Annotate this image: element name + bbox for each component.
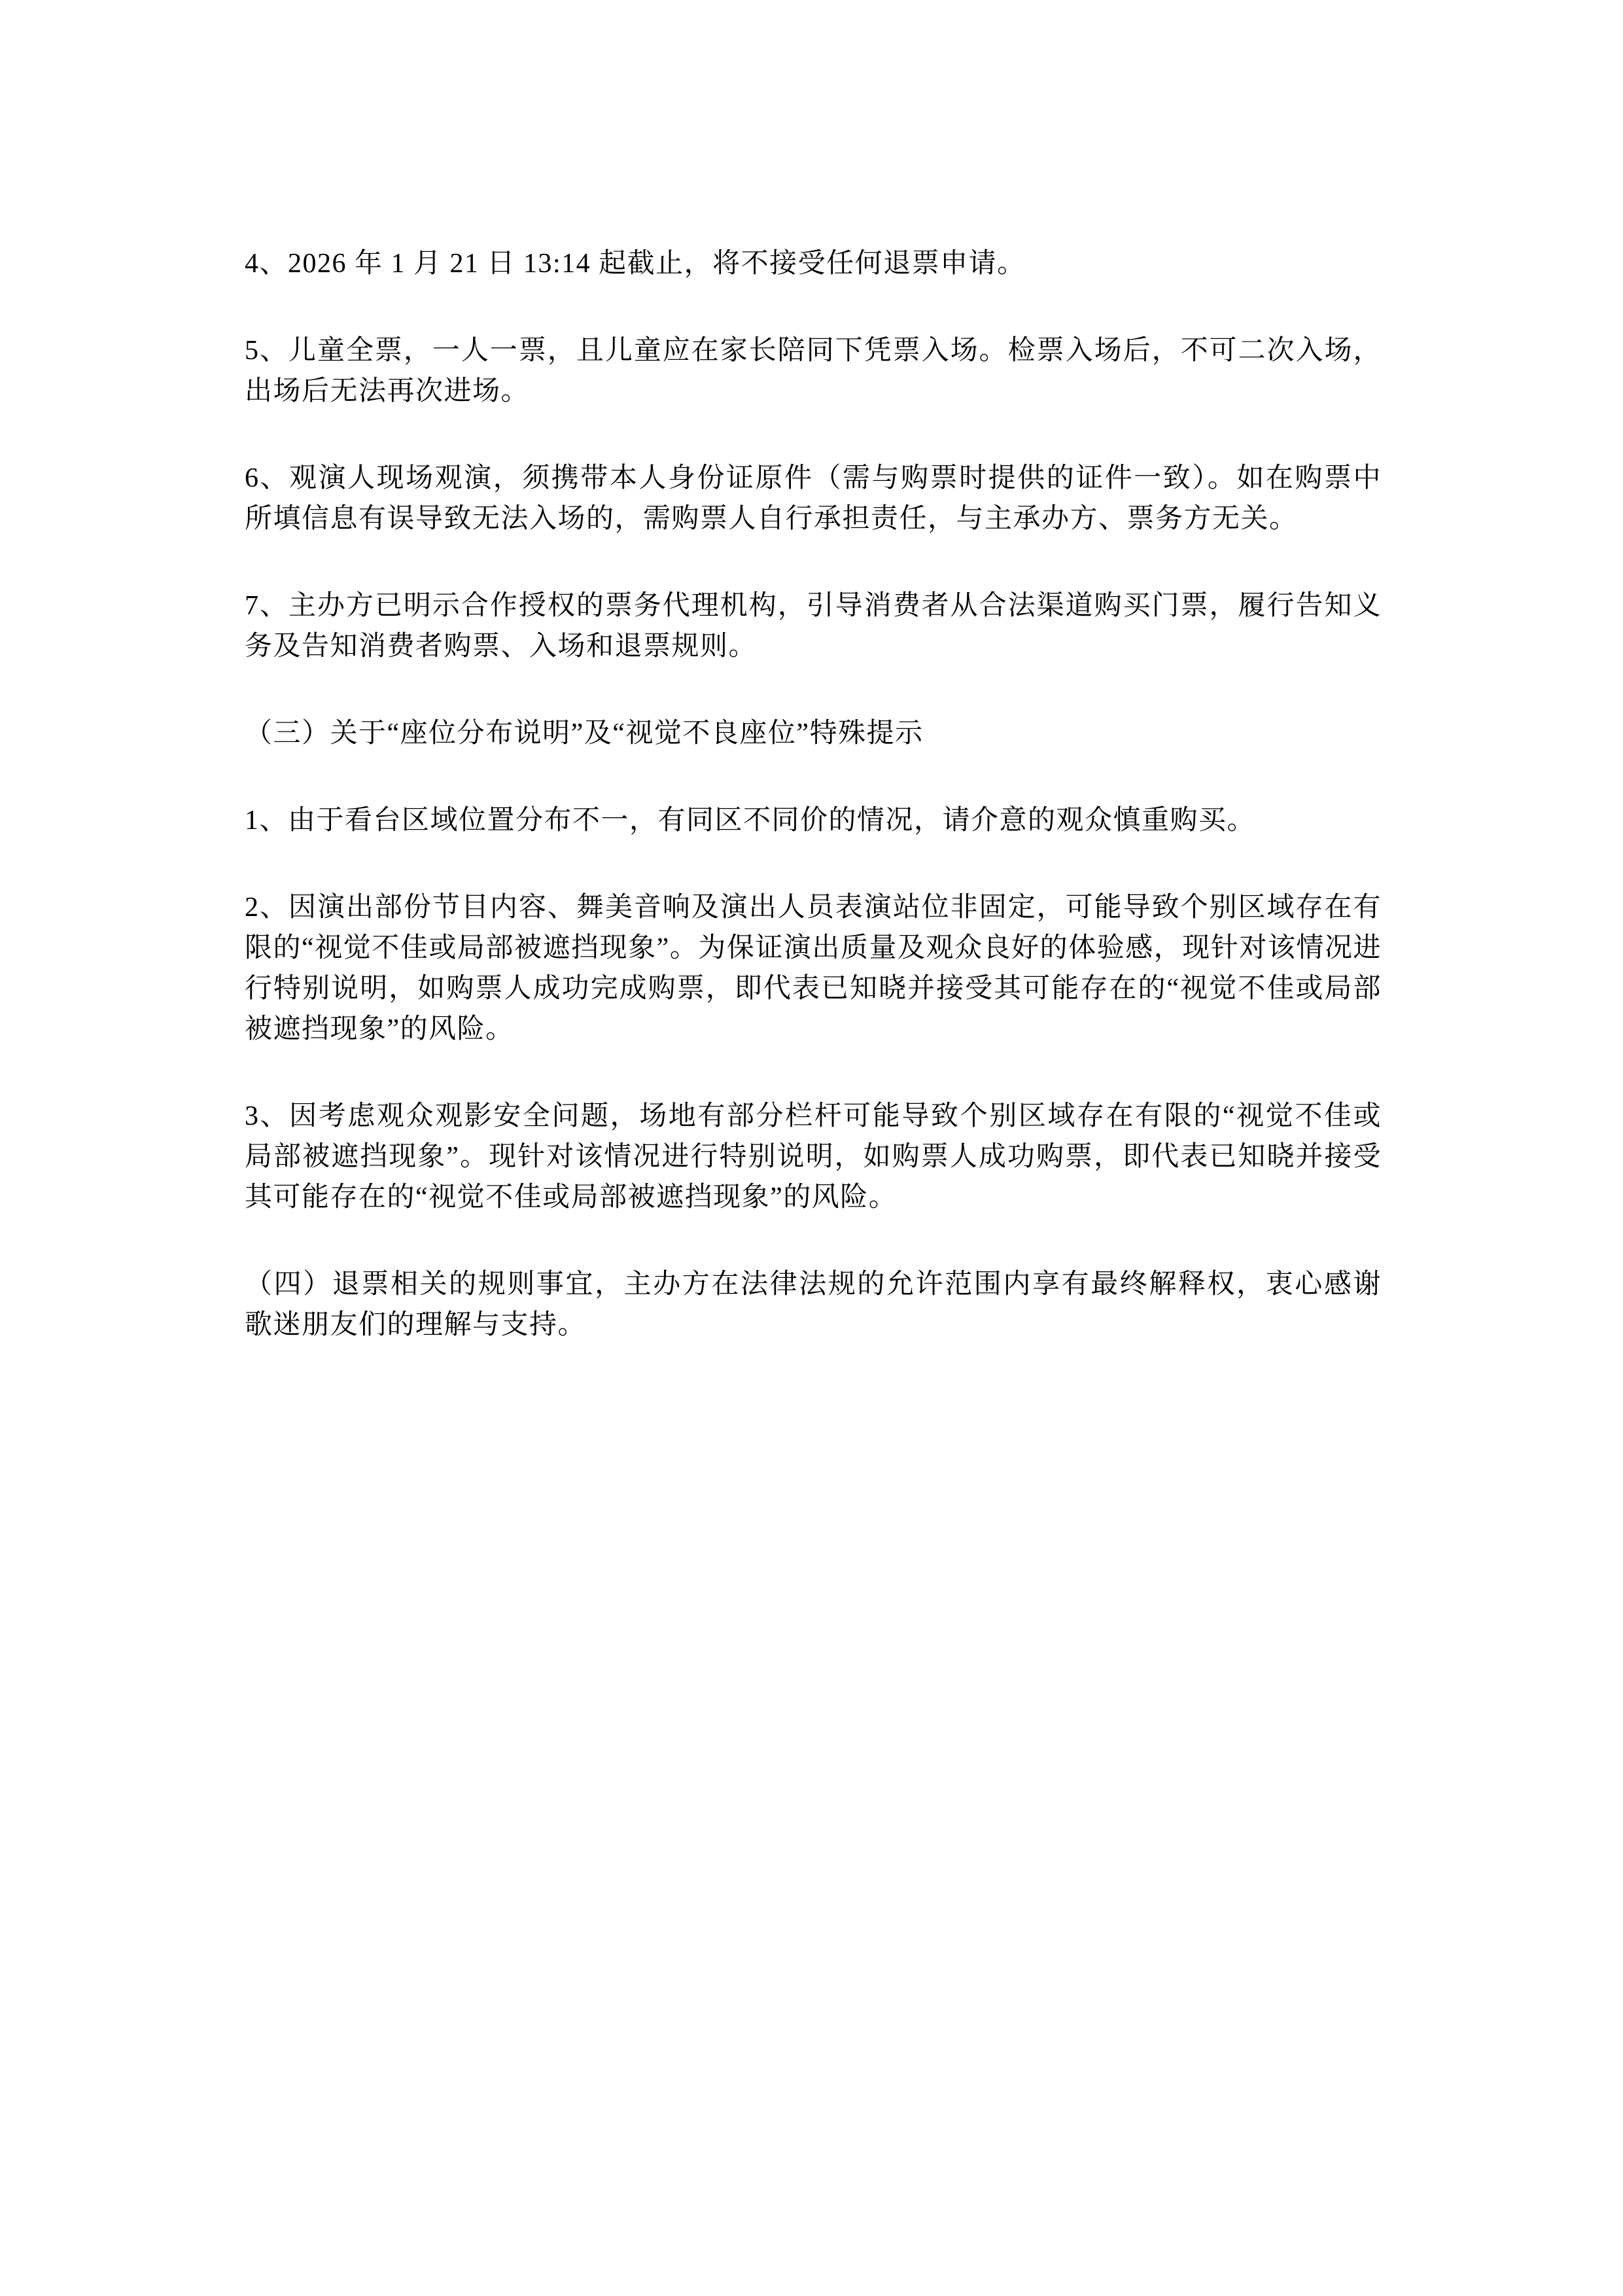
paragraph-seat-notice-2: 2、因演出部份节目内容、舞美音响及演出人员表演站位非固定，可能导致个别区域存在有…	[245, 887, 1382, 1050]
paragraph-seat-notice-1: 1、由于看台区域位置分布不一，有同区不同价的情况，请介意的观众慎重购买。	[245, 800, 1382, 841]
section-final-interpretation: （四）退票相关的规则事宜，主办方在法律法规的允许范围内享有最终解释权，衷心感谢歌…	[245, 1264, 1382, 1345]
document-page: 4、2026 年 1 月 21 日 13:14 起截止，将不接受任何退票申请。 …	[0, 0, 1623, 2296]
paragraph-seat-notice-3: 3、因考虑观众观影安全问题，场地有部分栏杆可能导致个别区域存在有限的“视觉不佳或…	[245, 1096, 1382, 1218]
document-body-text: 4、2026 年 1 月 21 日 13:14 起截止，将不接受任何退票申请。 …	[245, 243, 1382, 1345]
paragraph-clause-5: 5、儿童全票，一人一票，且儿童应在家长陪同下凭票入场。检票入场后，不可二次入场，…	[245, 330, 1382, 412]
section-heading-seat-distribution: （三）关于“座位分布说明”及“视觉不良座位”特殊提示	[245, 713, 1382, 754]
paragraph-clause-4: 4、2026 年 1 月 21 日 13:14 起截止，将不接受任何退票申请。	[245, 243, 1382, 284]
paragraph-clause-7: 7、主办方已明示合作授权的票务代理机构，引导消费者从合法渠道购买门票，履行告知义…	[245, 586, 1382, 667]
paragraph-clause-6: 6、观演人现场观演，须携带本人身份证原件（需与购票时提供的证件一致）。如在购票中…	[245, 458, 1382, 539]
